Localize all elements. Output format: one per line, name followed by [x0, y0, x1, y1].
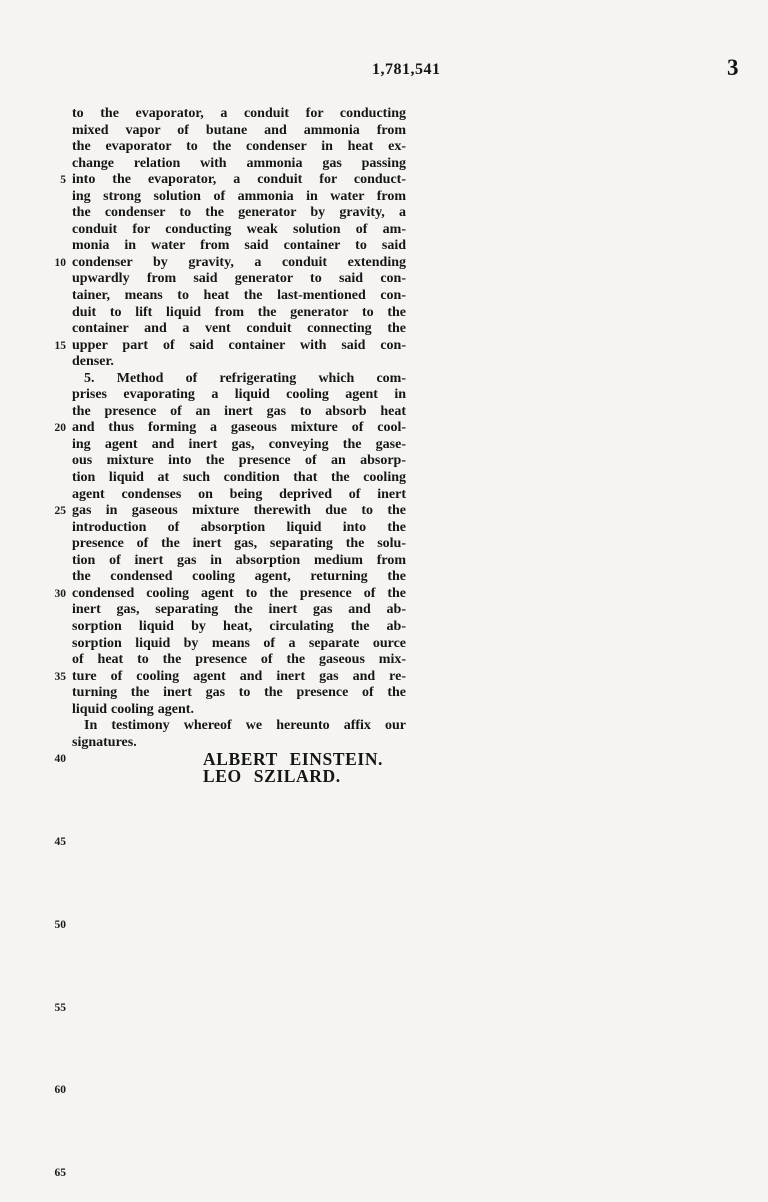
body-line: to the evaporator, a conduit for conduct…: [72, 106, 406, 123]
body-line: denser.: [72, 354, 406, 371]
body-line: upper part of said container with said c…: [72, 338, 406, 355]
patent-page: 1,781,541 3 5101520253035404550556065 to…: [0, 0, 768, 1202]
body-line: condenser by gravity, a conduit extendin…: [72, 255, 406, 272]
body-line: turning the inert gas to the presence of…: [72, 685, 406, 702]
gutter-line-number: 20: [36, 423, 66, 435]
body-line: ing strong solution of ammonia in water …: [72, 189, 406, 206]
gutter-line-number: 30: [36, 589, 66, 601]
gutter-line-number: 10: [36, 258, 66, 270]
body-line: ous mixture into the presence of an abso…: [72, 453, 406, 470]
gutter-line-number: 40: [36, 754, 66, 766]
gutter-line-number: 5: [36, 175, 66, 187]
body-line: liquid cooling agent.: [72, 702, 406, 719]
body-line: tainer, means to heat the last-mentioned…: [72, 288, 406, 305]
gutter-line-number: 50: [36, 920, 66, 932]
gutter-line-number: 35: [36, 672, 66, 684]
body-line: monia in water from said container to sa…: [72, 238, 406, 255]
body-line: sorption liquid by heat, circulating the…: [72, 619, 406, 636]
body-line: container and a vent conduit connecting …: [72, 321, 406, 338]
body-line: the condensed cooling agent, returning t…: [72, 569, 406, 586]
body-line: and thus forming a gaseous mixture of co…: [72, 420, 406, 437]
body-line: into the evaporator, a conduit for condu…: [72, 172, 406, 189]
body-line: sorption liquid by means of a separate o…: [72, 636, 406, 653]
body-line: 5. Method of refrigerating which com-: [72, 371, 406, 388]
gutter-line-number: 25: [36, 506, 66, 518]
claims-text-column: to the evaporator, a conduit for conduct…: [72, 106, 406, 784]
body-line: conduit for conducting weak solution of …: [72, 222, 406, 239]
body-line: prises evaporating a liquid cooling agen…: [72, 387, 406, 404]
body-line: of heat to the presence of the gaseous m…: [72, 652, 406, 669]
body-line: the presence of an inert gas to absorb h…: [72, 404, 406, 421]
body-line: gas in gaseous mixture therewith due to …: [72, 503, 406, 520]
body-line: ing agent and inert gas, conveying the g…: [72, 437, 406, 454]
gutter-line-number: 65: [36, 1168, 66, 1180]
gutter-line-number: 60: [36, 1085, 66, 1097]
page-number: 3: [727, 55, 739, 81]
body-line: ture of cooling agent and inert gas and …: [72, 669, 406, 686]
body-line: the condenser to the generator by gravit…: [72, 205, 406, 222]
body-line: tion liquid at such condition that the c…: [72, 470, 406, 487]
body-line: condensed cooling agent to the presence …: [72, 586, 406, 603]
body-line: tion of inert gas in absorption medium f…: [72, 553, 406, 570]
body-line: change relation with ammonia gas passing: [72, 156, 406, 173]
signature-line: LEO SZILARD.: [203, 768, 406, 785]
body-line: the evaporator to the condenser in heat …: [72, 139, 406, 156]
body-line: In testimony whereof we hereunto affix o…: [72, 718, 406, 735]
gutter-line-number: 15: [36, 341, 66, 353]
body-line: introduction of absorption liquid into t…: [72, 520, 406, 537]
body-line: agent condenses on being deprived of ine…: [72, 487, 406, 504]
patent-number: 1,781,541: [372, 61, 441, 79]
gutter-line-number: 55: [36, 1003, 66, 1015]
body-line: mixed vapor of butane and ammonia from: [72, 123, 406, 140]
body-line: presence of the inert gas, separating th…: [72, 536, 406, 553]
body-line: inert gas, separating the inert gas and …: [72, 602, 406, 619]
gutter-line-number: 45: [36, 837, 66, 849]
body-line: upwardly from said generator to said con…: [72, 271, 406, 288]
body-line: duit to lift liquid from the generator t…: [72, 305, 406, 322]
